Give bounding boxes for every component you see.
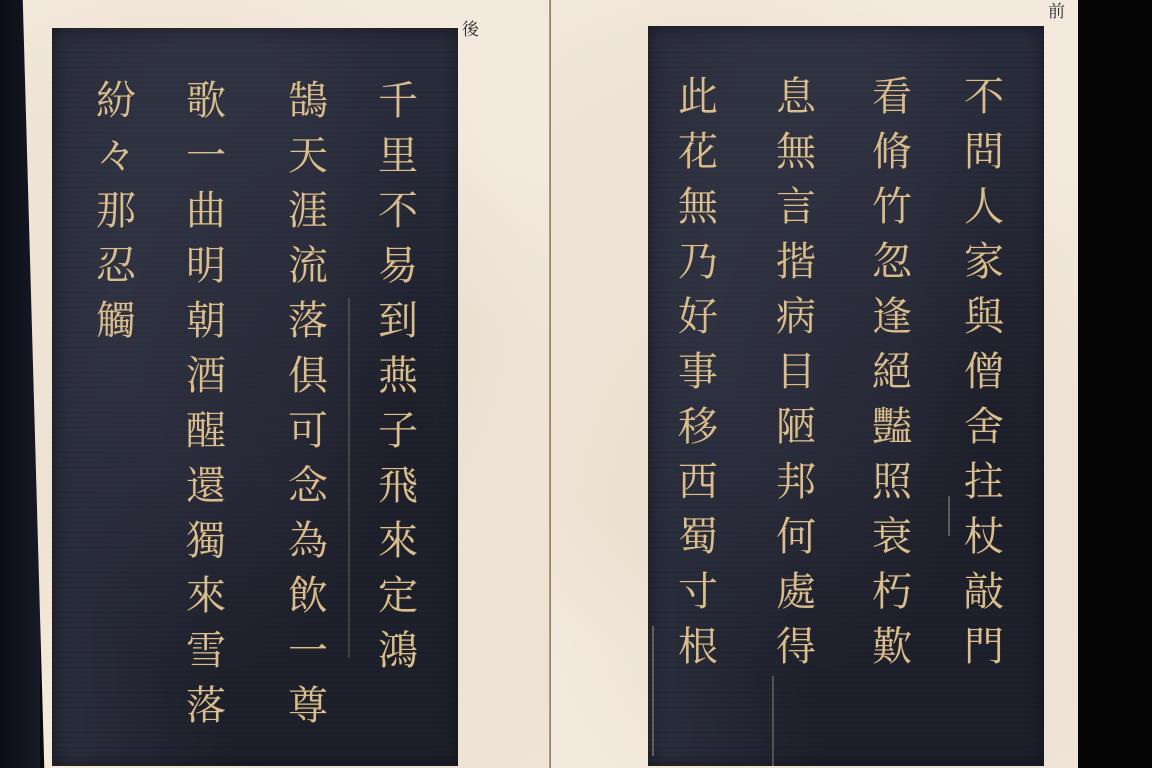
calligraphy-character: 獨 [176, 514, 236, 569]
calligraphy-character: 拄 [954, 455, 1014, 510]
calligraphy-character: 明 [176, 239, 236, 294]
calligraphy-character: 何 [766, 510, 826, 565]
calligraphy-character: 酒 [176, 349, 236, 404]
right-column-1: 不問人家與僧舍拄杖敲門 [954, 70, 1014, 675]
calligraphy-character: 處 [766, 565, 826, 620]
calligraphy-character: 可 [278, 404, 338, 459]
calligraphy-character: 邦 [766, 455, 826, 510]
calligraphy-character: 與 [954, 290, 1014, 345]
calligraphy-character: 天 [278, 129, 338, 184]
calligraphy-character: 定 [368, 569, 428, 624]
calligraphy-character: 絕 [862, 345, 922, 400]
calligraphy-character: 事 [668, 345, 728, 400]
calligraphy-character: 豔 [862, 400, 922, 455]
left-rubbing-panel: 千里不易到燕子飛來定鴻 鵠天涯流落俱可念為飲一尊 歌一曲明朝酒醒還獨來雪落 紛々… [52, 28, 458, 766]
calligraphy-character: 問 [954, 125, 1014, 180]
calligraphy-character: 竹 [862, 180, 922, 235]
calligraphy-character: 醒 [176, 404, 236, 459]
calligraphy-character: 一 [176, 129, 236, 184]
calligraphy-character: 鴻 [368, 624, 428, 679]
panel-crack [348, 298, 350, 658]
calligraphy-character: 鵠 [278, 74, 338, 129]
calligraphy-character: 好 [668, 290, 728, 345]
calligraphy-character: 紛 [86, 74, 146, 129]
calligraphy-character: 朽 [862, 565, 922, 620]
calligraphy-character: 尊 [278, 679, 338, 734]
calligraphy-character: 歌 [176, 74, 236, 129]
calligraphy-character: 言 [766, 180, 826, 235]
calligraphy-character: 飲 [278, 569, 338, 624]
panel-crack [652, 626, 654, 756]
right-rubbing-panel: 不問人家與僧舍拄杖敲門 看脩竹忽逢絕豔照衰朽歎 息無言揩病目陋邦何處得 此花無乃… [648, 26, 1044, 766]
calligraphy-character: 一 [278, 624, 338, 679]
calligraphy-character: 俱 [278, 349, 338, 404]
calligraphy-character: 此 [668, 70, 728, 125]
calligraphy-character: 落 [278, 294, 338, 349]
left-page-marker: 後 [462, 22, 479, 39]
calligraphy-character: 得 [766, 620, 826, 675]
calligraphy-character: 根 [668, 620, 728, 675]
calligraphy-character: 脩 [862, 125, 922, 180]
calligraphy-character: 々 [86, 129, 146, 184]
calligraphy-character: 花 [668, 125, 728, 180]
calligraphy-character: 衰 [862, 510, 922, 565]
calligraphy-character: 息 [766, 70, 826, 125]
calligraphy-character: 來 [368, 514, 428, 569]
panel-crack [772, 676, 774, 766]
calligraphy-character: 涯 [278, 184, 338, 239]
calligraphy-character: 逢 [862, 290, 922, 345]
calligraphy-character: 人 [954, 180, 1014, 235]
right-page-marker: 前 [1048, 4, 1065, 21]
calligraphy-character: 家 [954, 235, 1014, 290]
calligraphy-character: 觸 [86, 294, 146, 349]
calligraphy-character: 乃 [668, 235, 728, 290]
calligraphy-character: 蜀 [668, 510, 728, 565]
calligraphy-character: 忍 [86, 239, 146, 294]
panel-crack [948, 496, 950, 536]
calligraphy-character: 流 [278, 239, 338, 294]
calligraphy-character: 敲 [954, 565, 1014, 620]
calligraphy-character: 那 [86, 184, 146, 239]
calligraphy-character: 無 [766, 125, 826, 180]
calligraphy-character: 照 [862, 455, 922, 510]
calligraphy-character: 飛 [368, 459, 428, 514]
calligraphy-character: 里 [368, 129, 428, 184]
calligraphy-character: 歎 [862, 620, 922, 675]
calligraphy-character: 病 [766, 290, 826, 345]
calligraphy-character: 移 [668, 400, 728, 455]
calligraphy-character: 僧 [954, 345, 1014, 400]
right-column-2: 看脩竹忽逢絕豔照衰朽歎 [862, 70, 922, 675]
calligraphy-character: 子 [368, 404, 428, 459]
right-column-3: 息無言揩病目陋邦何處得 [766, 70, 826, 675]
calligraphy-character: 杖 [954, 510, 1014, 565]
left-column-1: 千里不易到燕子飛來定鴻 [368, 74, 428, 679]
calligraphy-character: 曲 [176, 184, 236, 239]
calligraphy-character: 雪 [176, 624, 236, 679]
calligraphy-character: 念 [278, 459, 338, 514]
calligraphy-character: 不 [368, 184, 428, 239]
left-column-2: 鵠天涯流落俱可念為飲一尊 [278, 74, 338, 734]
calligraphy-character: 來 [176, 569, 236, 624]
calligraphy-character: 易 [368, 239, 428, 294]
calligraphy-character: 到 [368, 294, 428, 349]
left-column-4: 紛々那忍觸 [86, 74, 146, 349]
calligraphy-character: 西 [668, 455, 728, 510]
calligraphy-character: 寸 [668, 565, 728, 620]
left-column-3: 歌一曲明朝酒醒還獨來雪落 [176, 74, 236, 734]
calligraphy-character: 為 [278, 514, 338, 569]
calligraphy-character: 陋 [766, 400, 826, 455]
calligraphy-character: 看 [862, 70, 922, 125]
calligraphy-character: 不 [954, 70, 1014, 125]
calligraphy-character: 千 [368, 74, 428, 129]
calligraphy-character: 落 [176, 679, 236, 734]
calligraphy-character: 朝 [176, 294, 236, 349]
calligraphy-character: 無 [668, 180, 728, 235]
right-column-4: 此花無乃好事移西蜀寸根 [668, 70, 728, 675]
dark-backdrop-right [1078, 0, 1152, 768]
calligraphy-character: 門 [954, 620, 1014, 675]
calligraphy-character: 目 [766, 345, 826, 400]
calligraphy-character: 燕 [368, 349, 428, 404]
calligraphy-character: 忽 [862, 235, 922, 290]
calligraphy-character: 揩 [766, 235, 826, 290]
calligraphy-character: 還 [176, 459, 236, 514]
calligraphy-character: 舍 [954, 400, 1014, 455]
